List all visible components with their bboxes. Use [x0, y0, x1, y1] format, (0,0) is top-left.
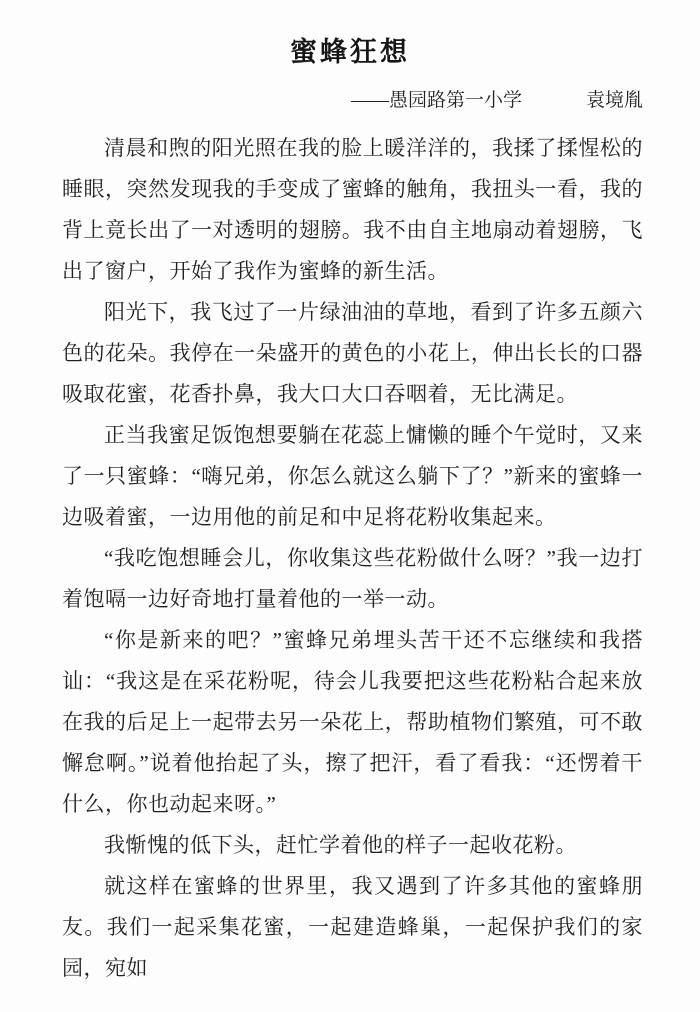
- document-page: 蜜蜂狂想 ——愚园路第一小学袁境胤 清晨和煦的阳光照在我的脸上暖洋洋的，我揉了揉…: [0, 0, 700, 1012]
- essay-paragraph: “你是新来的吧？”蜜蜂兄弟埋头苦干还不忘继续和我搭讪：“我这是在采花粉呢，待会儿…: [62, 620, 643, 825]
- essay-paragraph: 阳光下，我飞过了一片绿油油的草地，看到了许多五颜六色的花朵。我停在一朵盛开的黄色…: [62, 292, 643, 415]
- byline-school: ——愚园路第一小学: [351, 90, 522, 111]
- essay-paragraph: 就这样在蜜蜂的世界里，我又遇到了许多其他的蜜蜂朋友。我们一起采集花蜜，一起建造蜂…: [62, 866, 643, 989]
- essay-paragraph: 清晨和煦的阳光照在我的脸上暖洋洋的，我揉了揉惺松的睡眼，突然发现我的手变成了蜜蜂…: [62, 128, 643, 292]
- essay-paragraph: 我惭愧的低下头，赶忙学着他的样子一起收花粉。: [62, 825, 643, 866]
- essay-title: 蜜蜂狂想: [0, 0, 700, 69]
- byline: ——愚园路第一小学袁境胤: [0, 85, 700, 112]
- essay-body: 清晨和煦的阳光照在我的脸上暖洋洋的，我揉了揉惺松的睡眼，突然发现我的手变成了蜜蜂…: [62, 128, 643, 989]
- byline-author: 袁境胤: [586, 90, 643, 111]
- essay-paragraph: “我吃饱想睡会儿，你收集这些花粉做什么呀？”我一边打着饱嗝一边好奇地打量着他的一…: [62, 538, 643, 620]
- essay-paragraph: 正当我蜜足饭饱想要躺在花蕊上慵懒的睡个午觉时，又来了一只蜜蜂：“嗨兄弟，你怎么就…: [62, 415, 643, 538]
